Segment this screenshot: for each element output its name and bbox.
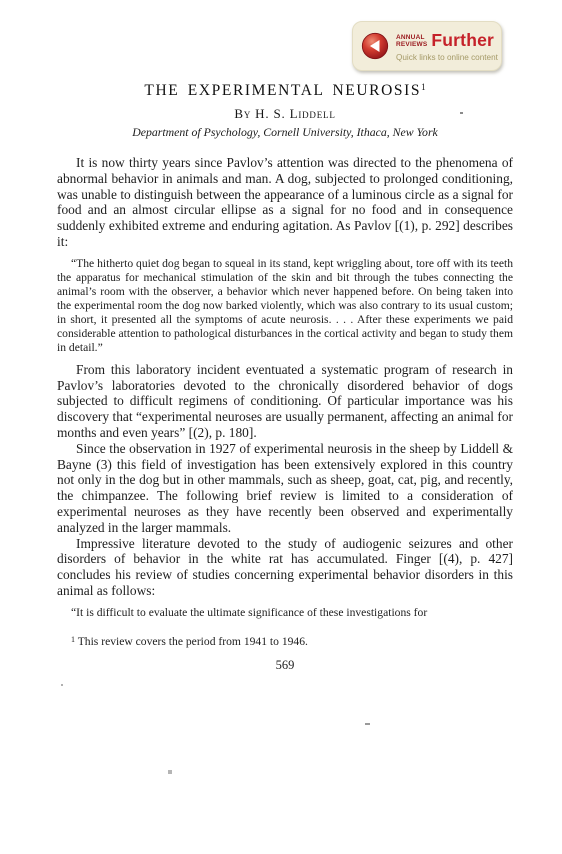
scan-artifact bbox=[168, 770, 172, 774]
paragraph-rat: Impressive literature devoted to the stu… bbox=[57, 536, 513, 599]
article-page: THE EXPERIMENTAL NEUROSIS1 By H. S. Lidd… bbox=[57, 0, 513, 673]
scan-artifact bbox=[61, 684, 63, 686]
author-byline: By H. S. Liddell bbox=[57, 106, 513, 122]
title-footnote-marker: 1 bbox=[421, 82, 426, 92]
scan-artifact bbox=[365, 723, 370, 725]
author-affiliation: Department of Psychology, Cornell Univer… bbox=[57, 125, 513, 140]
paragraph-program: From this laboratory incident eventuated… bbox=[57, 362, 513, 441]
article-title-text: THE EXPERIMENTAL NEUROSIS bbox=[144, 82, 421, 99]
article-title: THE EXPERIMENTAL NEUROSIS1 bbox=[57, 82, 513, 100]
footnote: 1 This review covers the period from 194… bbox=[57, 633, 513, 649]
footnote-text: This review covers the period from 1941 … bbox=[78, 635, 308, 648]
finger-blockquote: “It is difficult to evaluate the ultimat… bbox=[57, 606, 513, 620]
page-number: 569 bbox=[57, 658, 513, 673]
scan-artifact bbox=[460, 112, 463, 114]
paragraph-intro: It is now thirty years since Pavlov’s at… bbox=[57, 155, 513, 250]
footnote-marker: 1 bbox=[71, 635, 75, 644]
pavlov-blockquote: “The hitherto quiet dog began to squeal … bbox=[57, 257, 513, 355]
paragraph-sheep: Since the observation in 1927 of experim… bbox=[57, 441, 513, 536]
